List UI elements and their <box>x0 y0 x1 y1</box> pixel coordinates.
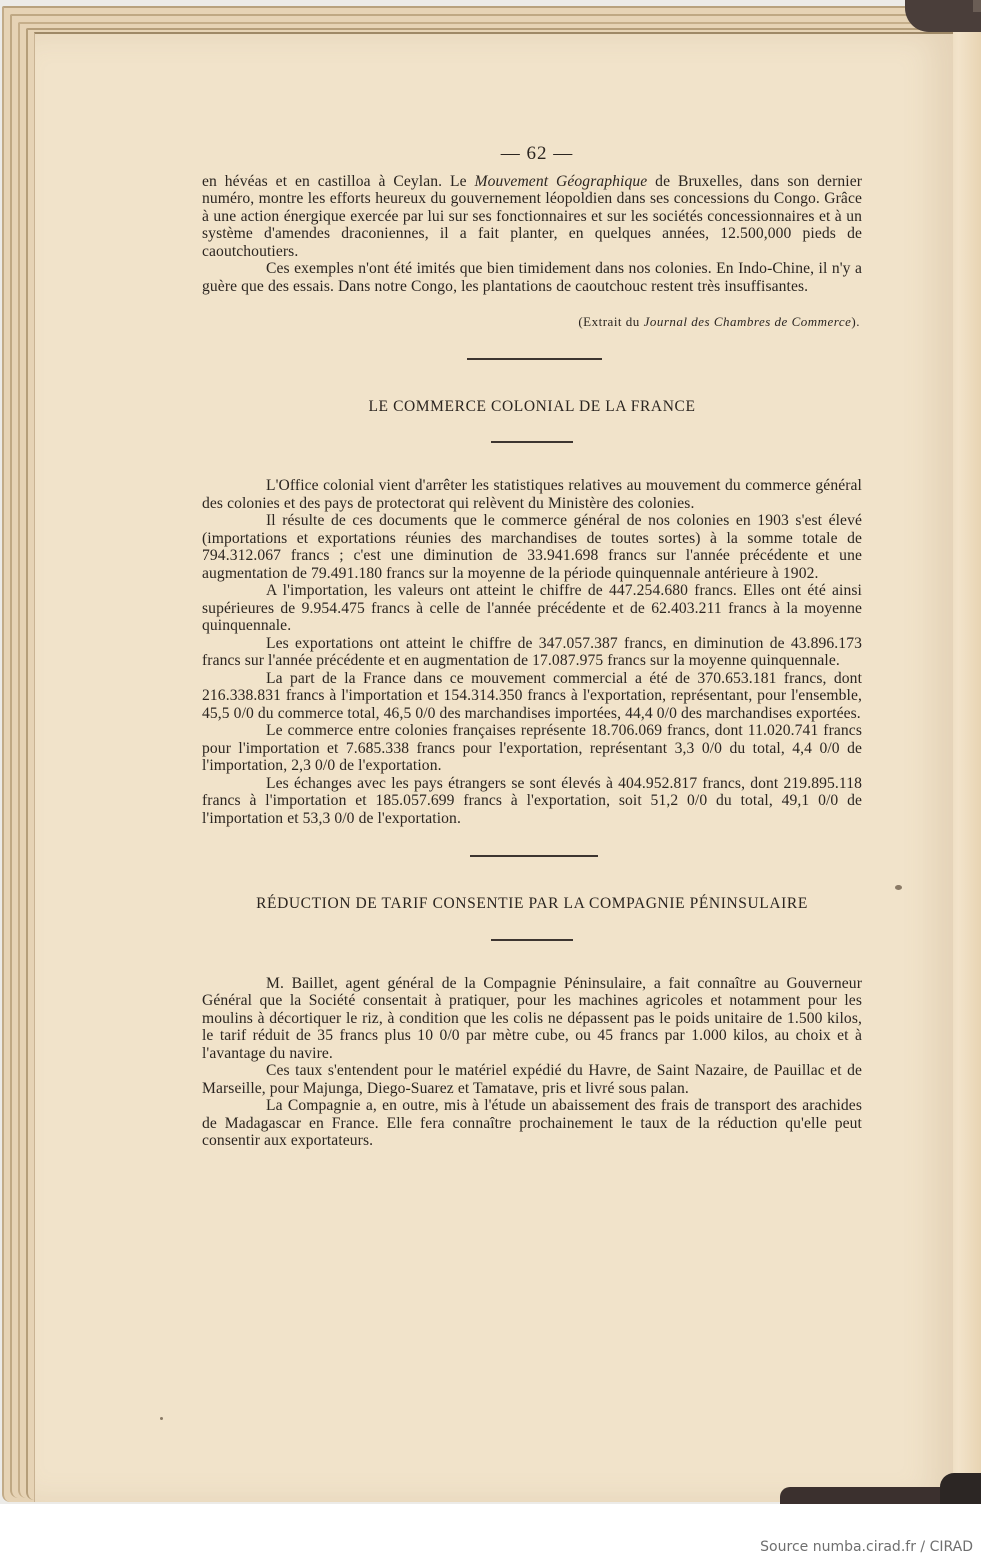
intro-paragraph: en hévéas et en castilloa à Ceylan. Le M… <box>202 173 862 261</box>
paragraph: Ces taux s'entendent pour le matériel ex… <box>202 1062 862 1097</box>
text-run: en hévéas et en castilloa à Ceylan. Le <box>202 173 475 190</box>
paragraph: Le commerce entre colonies françaises re… <box>202 722 862 775</box>
paragraph: Il résulte de ces documents que le comme… <box>202 512 862 582</box>
document-body: — 62 — en hévéas et en castilloa à Ceyla… <box>202 145 862 1150</box>
paragraph: La part de la France dans ce mouvement c… <box>202 670 862 723</box>
paper-spot <box>160 1417 163 1420</box>
book-cover-top <box>905 0 981 32</box>
section-commerce-colonial: LE COMMERCE COLONIAL DE LA FRANCE L'Offi… <box>202 398 862 828</box>
section-title: RÉDUCTION DE TARIF CONSENTIE PAR LA COMP… <box>202 895 862 913</box>
source-suffix: ). <box>851 314 860 329</box>
source-caption: Source numba.cirad.fr / CIRAD <box>760 1539 973 1555</box>
section-title: LE COMMERCE COLONIAL DE LA FRANCE <box>202 398 862 416</box>
paragraph: La Compagnie a, en outre, mis à l'étude … <box>202 1097 862 1150</box>
paper-spot <box>895 885 902 890</box>
paragraph: L'Office colonial vient d'arrêter les st… <box>202 477 862 512</box>
source-note: (Extrait du Journal des Chambres de Comm… <box>202 313 862 331</box>
paragraph: Les exportations ont atteint le chiffre … <box>202 635 862 670</box>
italic-title: Mouvement Géographique <box>475 173 648 190</box>
paragraph: Les échanges avec les pays étrangers se … <box>202 775 862 828</box>
intro-paragraph: Ces exemples n'ont été imités que bien t… <box>202 260 862 295</box>
page-number: — 62 — <box>202 145 862 163</box>
section-divider <box>467 358 602 360</box>
source-journal-title: Journal des Chambres de Commerce <box>644 314 852 329</box>
source-prefix: (Extrait du <box>578 314 643 329</box>
paragraph: M. Baillet, agent général de la Compagni… <box>202 975 862 1063</box>
paragraph: A l'importation, les valeurs ont atteint… <box>202 582 862 635</box>
book-cover-corner <box>940 1473 981 1504</box>
section-reduction-tarif: RÉDUCTION DE TARIF CONSENTIE PAR LA COMP… <box>202 895 862 1150</box>
section-divider <box>470 855 598 857</box>
